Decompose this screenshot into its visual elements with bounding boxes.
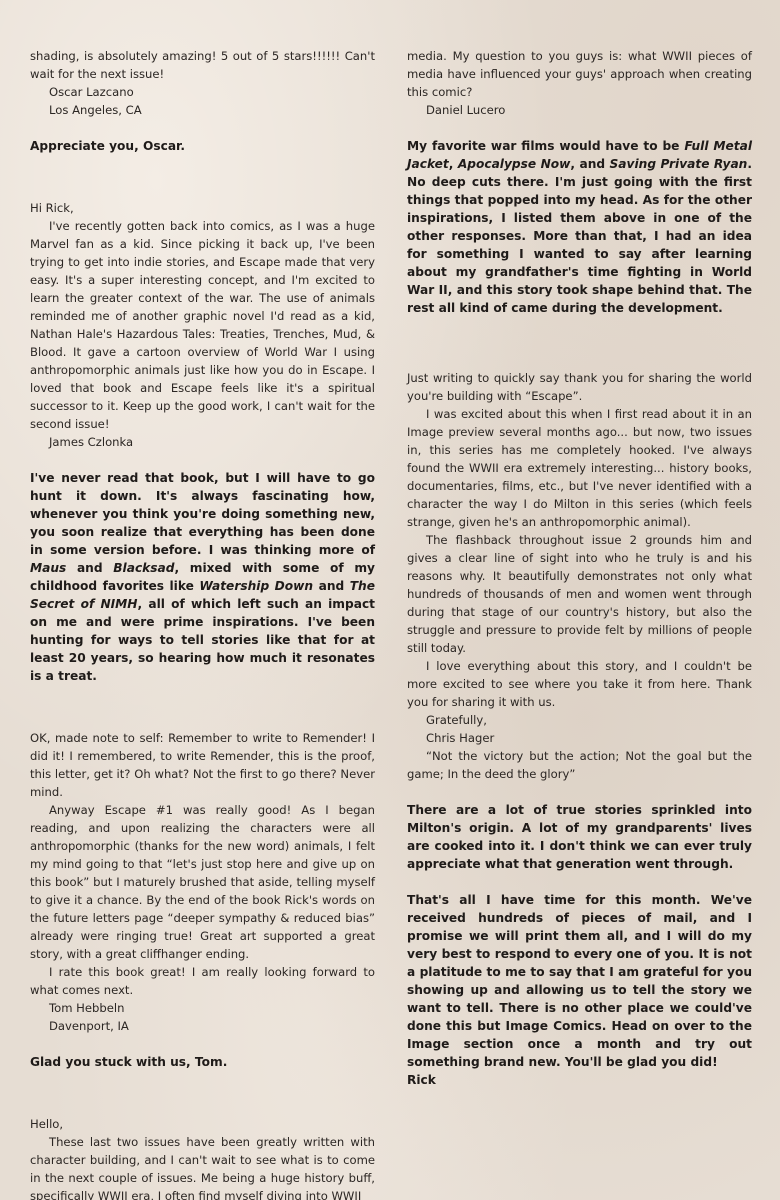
letter-tom-signature-name: Tom Hebbeln	[30, 999, 375, 1017]
right-column: media. My question to you guys is: what …	[407, 47, 752, 1089]
letter-chris-para1: I was excited about this when I first re…	[407, 405, 752, 531]
left-column: shading, is absolutely amazing! 5 out of…	[30, 47, 375, 1200]
letter-daniel-body-end: media. My question to you guys is: what …	[407, 47, 752, 101]
letter-daniel-greeting: Hello,	[30, 1115, 375, 1133]
letter-tom-para3: I rate this book great! I am really look…	[30, 963, 375, 999]
title-maus: Maus	[30, 561, 66, 575]
letter-james-body: I've recently gotten back into comics, a…	[30, 217, 375, 433]
letter-daniel-body-start: These last two issues have been greatly …	[30, 1133, 375, 1200]
letter-tom-para2: Anyway Escape #1 was really good! As I b…	[30, 801, 375, 963]
letter-chris-signature-name: Chris Hager	[407, 729, 752, 747]
letter-chris-intro: Just writing to quickly say thank you fo…	[407, 369, 752, 405]
closing-note-body: That's all I have time for this month. W…	[407, 891, 752, 1071]
reply-chris: There are a lot of true stories sprinkle…	[407, 801, 752, 873]
letter-james-greeting: Hi Rick,	[30, 199, 375, 217]
reply-tom: Glad you stuck with us, Tom.	[30, 1053, 375, 1071]
title-saving-private-ryan: Saving Private Ryan	[610, 157, 748, 171]
letter-oscar-signature-location: Los Angeles, CA	[30, 101, 375, 119]
reply-oscar: Appreciate you, Oscar.	[30, 137, 375, 155]
letter-chris-para3: I love everything about this story, and …	[407, 657, 752, 711]
letter-chris-quote: “Not the victory but the action; Not the…	[407, 747, 752, 783]
letter-oscar-body: shading, is absolutely amazing! 5 out of…	[30, 47, 375, 83]
closing-note-signature: Rick	[407, 1071, 752, 1089]
title-apocalypse-now: Apocalypse Now	[458, 157, 571, 171]
title-blacksad: Blacksad	[113, 561, 174, 575]
letter-tom-para1: OK, made note to self: Remember to write…	[30, 729, 375, 801]
letter-oscar-signature-name: Oscar Lazcano	[30, 83, 375, 101]
title-watership-down: Watership Down	[199, 579, 313, 593]
letter-daniel-signature-name: Daniel Lucero	[407, 101, 752, 119]
letter-chris-closing: Gratefully,	[407, 711, 752, 729]
letter-tom-signature-location: Davenport, IA	[30, 1017, 375, 1035]
reply-james: I've never read that book, but I will ha…	[30, 469, 375, 685]
letter-chris-para2: The flashback throughout issue 2 grounds…	[407, 531, 752, 657]
letter-james-signature-name: James Czlonka	[30, 433, 375, 451]
reply-daniel: My favorite war films would have to be F…	[407, 137, 752, 317]
